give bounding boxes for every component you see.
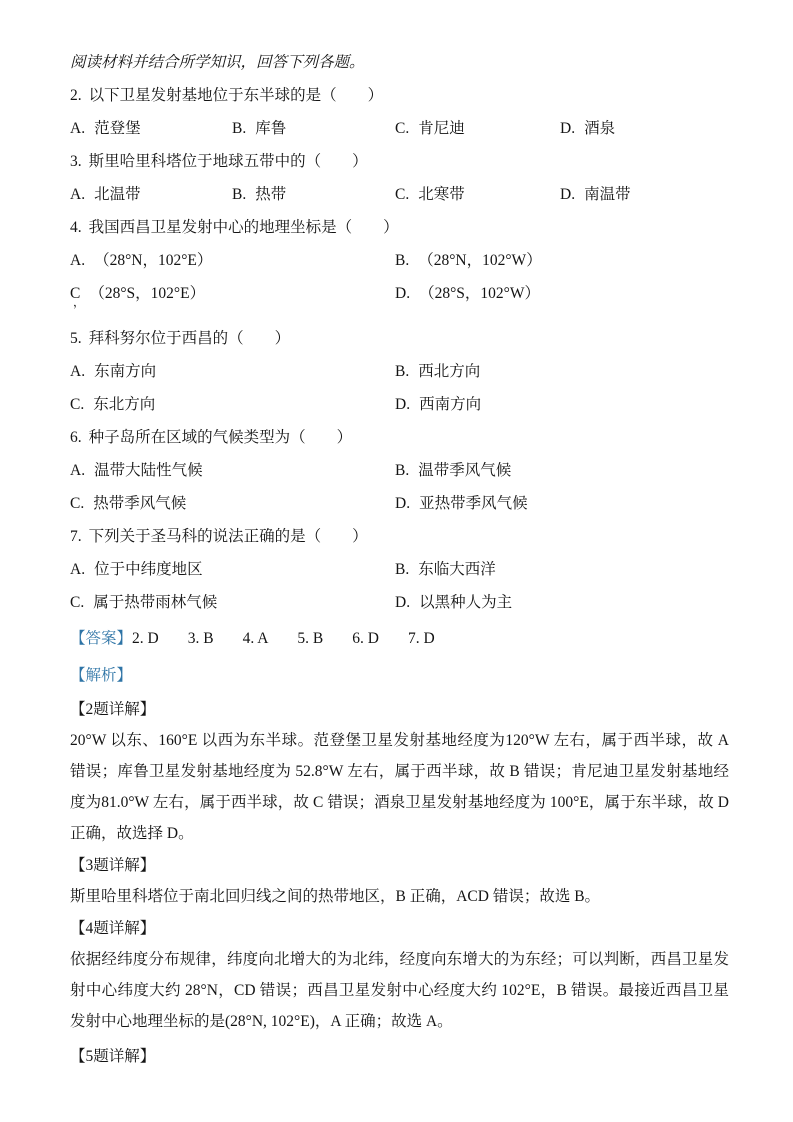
question-3: 3.斯里哈里科塔位于地球五带中的（ ） A.北温带 B.热带 C.北寒带 D.南… (70, 145, 729, 211)
option-c: C.热带季风气候 (70, 487, 395, 520)
option-d: D.以黑种人为主 (395, 586, 729, 619)
question-stem: 3.斯里哈里科塔位于地球五带中的（ ） (70, 145, 729, 178)
option-c: C.肯尼迪 (395, 112, 560, 145)
option-b: B.温带季风气候 (395, 454, 729, 487)
option-a: A.温带大陆性气候 (70, 454, 395, 487)
question-number: 2. (70, 87, 82, 104)
question-text: 斯里哈里科塔位于地球五带中的（ ） (89, 153, 368, 170)
option-c: C.属于热带雨林气候 (70, 586, 395, 619)
option-c: C.东北方向 (70, 388, 395, 421)
option-a: A.东南方向 (70, 355, 395, 388)
answer-label: 【答案】 (70, 630, 132, 647)
explanation-3-text: 斯里哈里科塔位于南北回归线之间的热带地区，B 正确，ACD 错误；故选 B。 (70, 881, 729, 912)
stray-punctuation: ， (73, 296, 85, 308)
answer-item: 5. B (297, 630, 323, 647)
option-d: D.（28°S，102°W） (395, 277, 729, 310)
question-number: 3. (70, 153, 82, 170)
intro-text: 阅读材料并结合所学知识，回答下列各题。 (70, 46, 729, 79)
question-text: 以下卫星发射基地位于东半球的是（ ） (89, 87, 384, 104)
answer-item: 3. B (188, 630, 214, 647)
option-a: A.范登堡 (70, 112, 232, 145)
question-stem: 2.以下卫星发射基地位于东半球的是（ ） (70, 79, 729, 112)
options-row: C.东北方向 D.西南方向 (70, 388, 729, 421)
option-a: A.北温带 (70, 178, 232, 211)
question-stem: 6.种子岛所在区域的气候类型为（ ） (70, 421, 729, 454)
option-c: C.北寒带 (395, 178, 560, 211)
answer-item: 7. D (408, 630, 435, 647)
question-number: 4. (70, 219, 82, 236)
answer-item: 4. A (243, 630, 269, 647)
question-text: 下列关于圣马科的说法正确的是（ ） (89, 528, 368, 545)
option-b: B.西北方向 (395, 355, 729, 388)
explanation-4-text: 依据经纬度分布规律，纬度向北增大的为北纬，经度向东增大的为东经；可以判断，西昌卫… (70, 944, 729, 1037)
document-page: 阅读材料并结合所学知识，回答下列各题。 2.以下卫星发射基地位于东半球的是（ ）… (0, 0, 793, 1072)
option-c: C（28°S，102°E）， (70, 277, 395, 310)
question-4: 4.我国西昌卫星发射中心的地理坐标是（ ） A.（28°N，102°E） B.（… (70, 211, 729, 310)
options-row: A.温带大陆性气候 B.温带季风气候 (70, 454, 729, 487)
option-d: D.南温带 (560, 178, 729, 211)
question-text: 种子岛所在区域的气候类型为（ ） (89, 429, 353, 446)
question-stem: 4.我国西昌卫星发射中心的地理坐标是（ ） (70, 211, 729, 244)
question-2: 2.以下卫星发射基地位于东半球的是（ ） A.范登堡 B.库鲁 C.肯尼迪 D.… (70, 79, 729, 145)
question-6: 6.种子岛所在区域的气候类型为（ ） A.温带大陆性气候 B.温带季风气候 C.… (70, 421, 729, 520)
question-number: 6. (70, 429, 82, 446)
analysis-line: 【解析】 (70, 659, 729, 693)
question-stem: 7.下列关于圣马科的说法正确的是（ ） (70, 520, 729, 553)
options-row: A.范登堡 B.库鲁 C.肯尼迪 D.酒泉 (70, 112, 729, 145)
options-row: C（28°S，102°E）， D.（28°S，102°W） (70, 277, 729, 310)
explanation-2-header: 【2题详解】 (70, 694, 729, 725)
question-text: 我国西昌卫星发射中心的地理坐标是（ ） (89, 219, 399, 236)
options-row: A.东南方向 B.西北方向 (70, 355, 729, 388)
explanation-5-header: 【5题详解】 (70, 1041, 729, 1072)
options-row: A.位于中纬度地区 B.东临大西洋 (70, 553, 729, 586)
option-b: B.库鲁 (232, 112, 395, 145)
explanation-3-header: 【3题详解】 (70, 850, 729, 881)
option-d: D.西南方向 (395, 388, 729, 421)
options-row: C.属于热带雨林气候 D.以黑种人为主 (70, 586, 729, 619)
options-row: A.（28°N，102°E） B.（28°N，102°W） (70, 244, 729, 277)
option-b: B.（28°N，102°W） (395, 244, 729, 277)
option-a: A.位于中纬度地区 (70, 553, 395, 586)
question-number: 5. (70, 330, 82, 347)
question-text: 拜科努尔位于西昌的（ ） (89, 330, 291, 347)
question-stem: 5.拜科努尔位于西昌的（ ） (70, 322, 729, 355)
analysis-label: 【解析】 (70, 667, 132, 684)
answers-line: 【答案】2. D3. B4. A5. B6. D7. D (70, 622, 729, 656)
explanation-4-header: 【4题详解】 (70, 913, 729, 944)
option-d: D.酒泉 (560, 112, 729, 145)
question-7: 7.下列关于圣马科的说法正确的是（ ） A.位于中纬度地区 B.东临大西洋 C.… (70, 520, 729, 619)
answer-item: 6. D (352, 630, 379, 647)
options-row: A.北温带 B.热带 C.北寒带 D.南温带 (70, 178, 729, 211)
options-row: C.热带季风气候 D.亚热带季风气候 (70, 487, 729, 520)
option-a: A.（28°N，102°E） (70, 244, 395, 277)
answer-item: 2. D (132, 630, 159, 647)
explanation-2-text: 20°W 以东、160°E 以西为东半球。范登堡卫星发射基地经度为120°W 左… (70, 725, 729, 849)
option-b: B.东临大西洋 (395, 553, 729, 586)
option-b: B.热带 (232, 178, 395, 211)
question-number: 7. (70, 528, 82, 545)
option-d: D.亚热带季风气候 (395, 487, 729, 520)
question-5: 5.拜科努尔位于西昌的（ ） A.东南方向 B.西北方向 C.东北方向 D.西南… (70, 322, 729, 421)
